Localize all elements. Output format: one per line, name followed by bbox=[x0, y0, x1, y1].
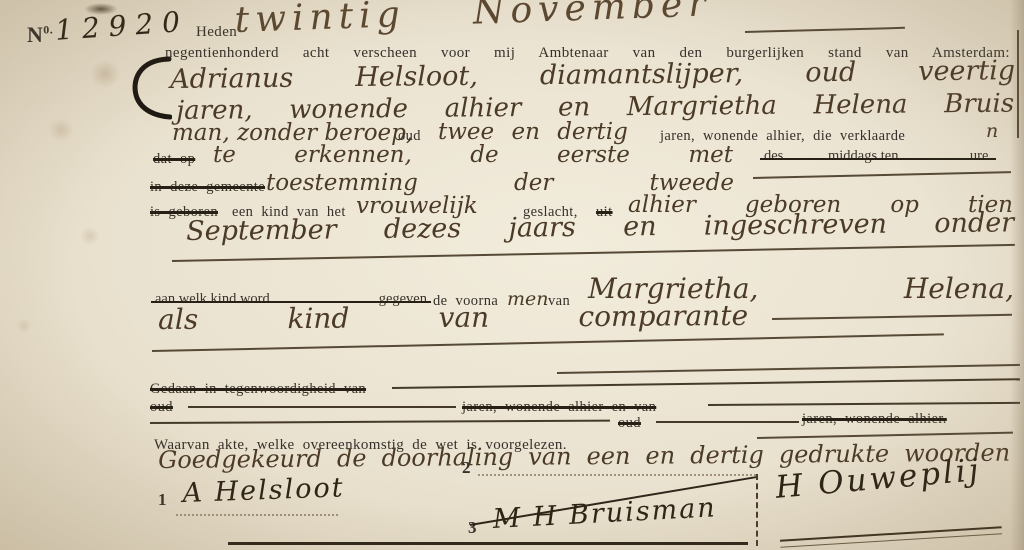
paper-stain bbox=[90, 60, 120, 88]
scanned-civil-registry-document: N0. 12920 Heden twintig November negenti… bbox=[0, 0, 1024, 550]
page-edge-line bbox=[1017, 30, 1019, 138]
struck-middags-group: des middags ten ure. bbox=[764, 148, 992, 168]
signature-bracket bbox=[756, 474, 758, 546]
hw-erkennen: te erkennen, de eerste met bbox=[213, 142, 733, 168]
struck-jaren-en-van: jaren, wonende alhier en van bbox=[462, 399, 656, 416]
calligraphic-brace-flourish bbox=[128, 56, 172, 120]
signature-dotted-line bbox=[478, 474, 756, 476]
blank-line-rule bbox=[772, 314, 1012, 320]
strike-rule bbox=[188, 406, 456, 408]
paper-stain bbox=[16, 318, 32, 334]
strike-rule bbox=[656, 421, 799, 423]
paper-stain bbox=[48, 118, 74, 142]
struck-ure: ure. bbox=[970, 148, 992, 165]
hw-als-kind: als kind van comparante bbox=[158, 299, 748, 336]
signature-dotted-line bbox=[176, 514, 338, 516]
struck-oud-1: oud bbox=[150, 399, 173, 416]
signature-father: A Helsloot bbox=[182, 472, 345, 509]
act-number-n: N bbox=[27, 22, 43, 47]
act-number-value: 12920 bbox=[54, 5, 190, 47]
hw-line3-n: n bbox=[986, 120, 998, 142]
strike-rule bbox=[150, 420, 610, 424]
blank-line-rule-long bbox=[172, 244, 1015, 262]
struck-des: des bbox=[764, 148, 783, 165]
blank-line-rule bbox=[753, 171, 1011, 178]
strike-line bbox=[760, 158, 996, 160]
printed-heden: Heden bbox=[196, 24, 237, 41]
bottom-rule bbox=[228, 542, 748, 545]
handwritten-date: twintig November bbox=[234, 0, 712, 41]
struck-gedaan: Gedaan in tegenwoordigheid van bbox=[150, 381, 366, 398]
struck-oud-2: oud bbox=[618, 415, 641, 432]
signature-number-2: 2 bbox=[462, 458, 471, 478]
struck-middags-ten: middags ten bbox=[828, 148, 898, 165]
signature-number-1: 1 bbox=[158, 490, 167, 510]
struck-in-deze-gemeente: in deze gemeente bbox=[150, 179, 265, 196]
paper-stain bbox=[80, 226, 100, 246]
blank-line-rule bbox=[745, 27, 905, 33]
struck-jaren-alhier: jaren, wonende alhier. bbox=[802, 411, 947, 428]
act-number-sup: 0. bbox=[43, 23, 53, 37]
strike-rule bbox=[708, 402, 1020, 406]
signature-number-3: 3 bbox=[468, 518, 477, 538]
blank-line-rule-diag bbox=[557, 364, 1020, 374]
strike-rule bbox=[392, 378, 1020, 389]
blank-line-rule-diag bbox=[152, 333, 944, 351]
struck-dat-op: dat op bbox=[153, 151, 195, 168]
signature-underline-flourish bbox=[780, 526, 1002, 548]
act-number-label: N0. bbox=[27, 22, 53, 48]
blank-line-rule bbox=[757, 432, 1013, 439]
